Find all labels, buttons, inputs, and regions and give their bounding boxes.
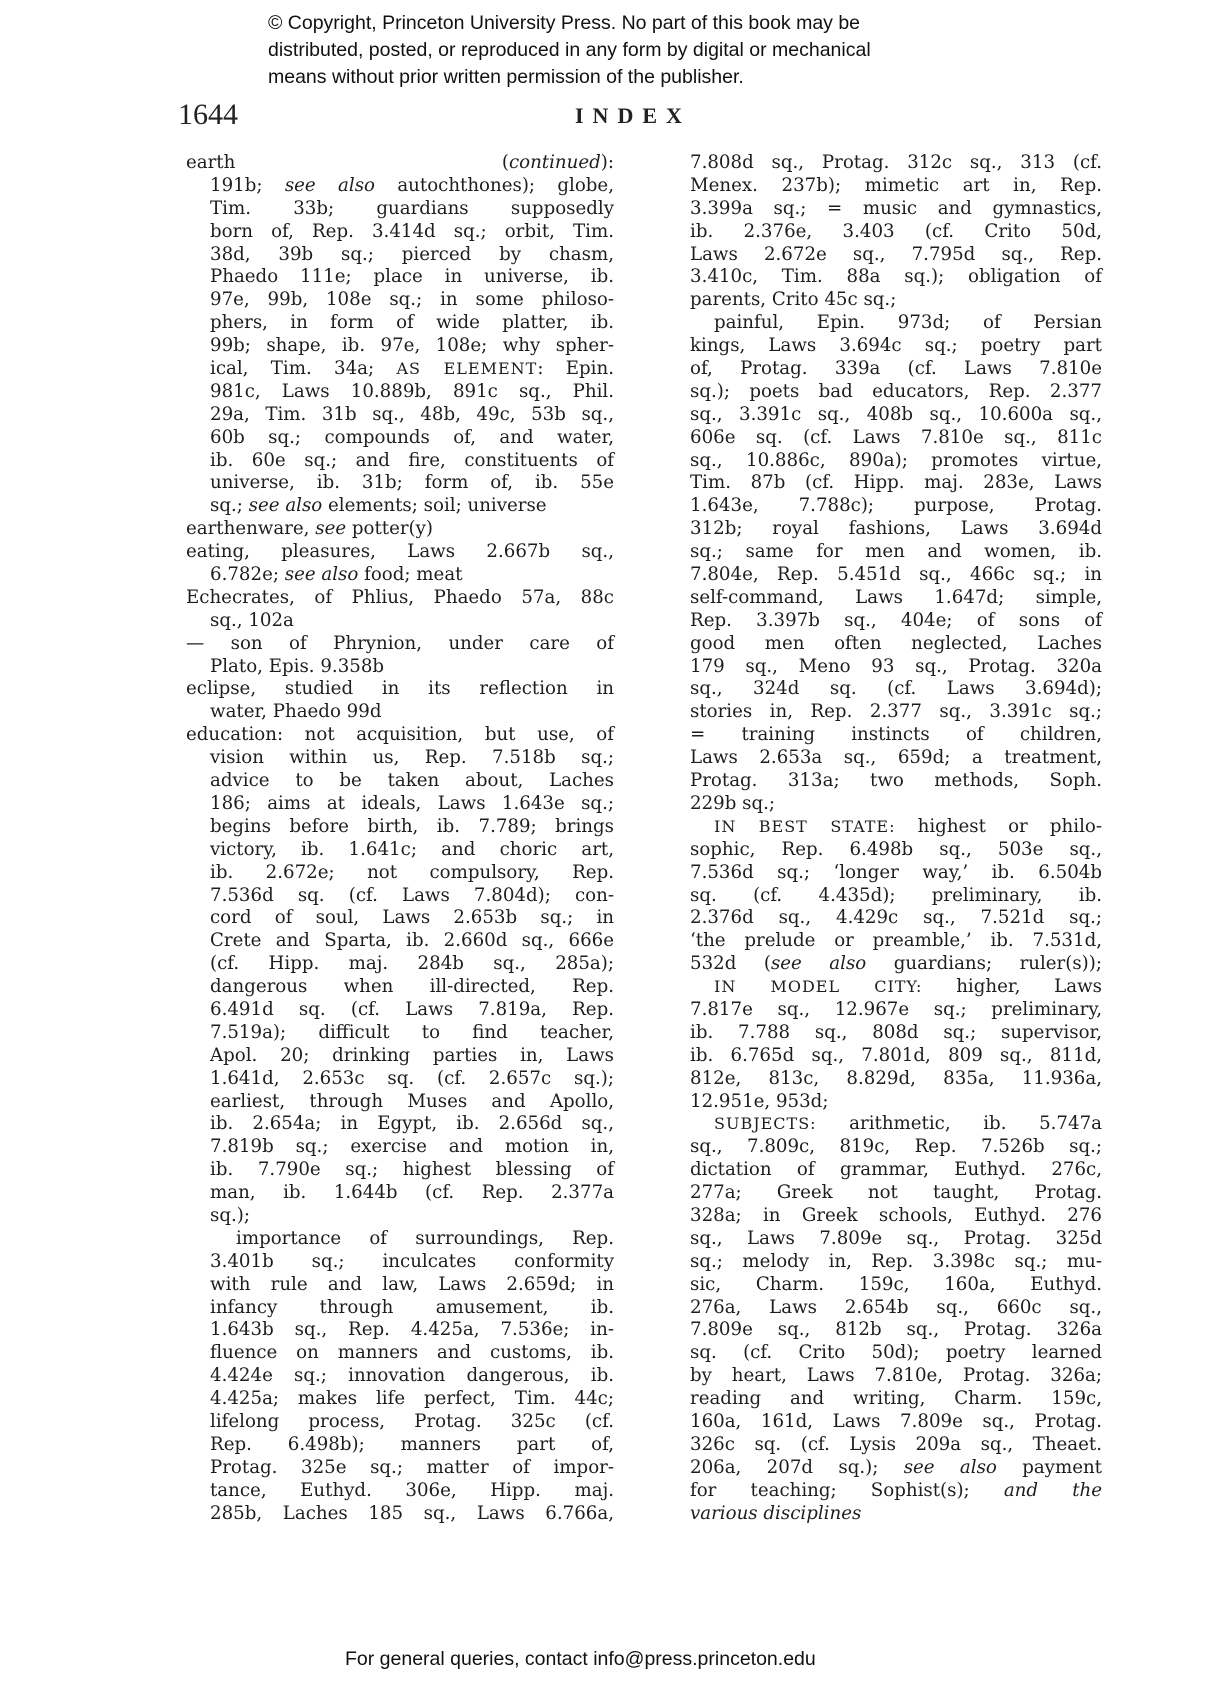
index-line: ib. 2.672e; not compulsory, Rep. bbox=[186, 862, 614, 885]
index-line: 3.410c, Tim. 88a sq.); obligation of bbox=[690, 266, 1102, 289]
index-line: 186; aims at ideals, Laws 1.643e sq.; bbox=[186, 793, 614, 816]
index-line: ib. 2.654a; in Egypt, ib. 2.656d sq., bbox=[186, 1113, 614, 1136]
index-line: 7.804e, Rep. 5.451d sq., 466c sq.; in bbox=[690, 564, 1102, 587]
index-line: sq.; see also elements; soil; universe bbox=[186, 495, 614, 518]
index-line: dictation of grammar, Euthyd. 276c, bbox=[690, 1159, 1102, 1182]
index-line: sic, Charm. 159c, 160a, Euthyd. bbox=[690, 1274, 1102, 1297]
index-line: Menex. 237b); mimetic art in, Rep. bbox=[690, 175, 1102, 198]
index-line: 3.401b sq.; inculcates conformity bbox=[186, 1251, 614, 1274]
index-line: tance, Euthyd. 306e, Hipp. maj. bbox=[186, 1480, 614, 1503]
index-line: 7.809e sq., 812b sq., Protag. 326a bbox=[690, 1319, 1102, 1342]
index-line: sq., 324d sq. (cf. Laws 3.694d); bbox=[690, 678, 1102, 701]
index-line: Tim. 87b (cf. Hipp. maj. 283e, Laws bbox=[690, 472, 1102, 495]
index-line: education: not acquisition, but use, of bbox=[186, 724, 614, 747]
index-line: Laws 2.653a sq., 659d; a treatment, bbox=[690, 747, 1102, 770]
index-line: 4.424e sq.; innovation dangerous, ib. bbox=[186, 1365, 614, 1388]
index-line: = training instincts of children, bbox=[690, 724, 1102, 747]
index-line: lifelong process, Protag. 325c (cf. bbox=[186, 1411, 614, 1434]
index-line: 12.951e, 953d; bbox=[690, 1091, 1102, 1114]
index-line: earliest, through Muses and Apollo, bbox=[186, 1091, 614, 1114]
index-line: 312b; royal fashions, Laws 3.694d bbox=[690, 518, 1102, 541]
index-line: universe, ib. 31b; form of, ib. 55e bbox=[186, 472, 614, 495]
index-line: 328a; in Greek schools, Euthyd. 276 bbox=[690, 1205, 1102, 1228]
index-line: by heart, Laws 7.810e, Protag. 326a; bbox=[690, 1365, 1102, 1388]
copyright-line: means without prior written permission o… bbox=[268, 64, 988, 91]
index-line: 206a, 207d sq.); see also payment bbox=[690, 1457, 1102, 1480]
index-line: — son of Phrynion, under care of bbox=[186, 633, 614, 656]
index-line: eclipse, studied in its reflection in bbox=[186, 678, 614, 701]
index-line: 179 sq., Meno 93 sq., Protag. 320a bbox=[690, 656, 1102, 679]
index-line: 97e, 99b, 108e sq.; in some philoso- bbox=[186, 289, 614, 312]
index-line: sq. (cf. 4.435d); preliminary, ib. bbox=[690, 885, 1102, 908]
index-line: 277a; Greek not taught, Protag. bbox=[690, 1182, 1102, 1205]
index-line: IN BEST STATE: highest or philo- bbox=[690, 816, 1102, 839]
index-line: 326c sq. (cf. Lysis 209a sq., Theaet. bbox=[690, 1434, 1102, 1457]
index-line: 7.536d sq.; ‘longer way,’ ib. 6.504b bbox=[690, 862, 1102, 885]
index-line: ib. 2.376e, 3.403 (cf. Crito 50d, bbox=[690, 221, 1102, 244]
index-line: self-command, Laws 1.647d; simple, bbox=[690, 587, 1102, 610]
index-line: man, ib. 1.644b (cf. Rep. 2.377a bbox=[186, 1182, 614, 1205]
index-line: 6.782e; see also food; meat bbox=[186, 564, 614, 587]
index-line: painful, Epin. 973d; of Persian bbox=[690, 312, 1102, 335]
index-line: 6.491d sq. (cf. Laws 7.819a, Rep. bbox=[186, 999, 614, 1022]
index-line: 7.519a); difficult to find teacher, bbox=[186, 1022, 614, 1045]
index-line: sq.; melody in, Rep. 3.398c sq.; mu- bbox=[690, 1251, 1102, 1274]
index-line: Laws 2.672e sq., 7.795d sq., Rep. bbox=[690, 244, 1102, 267]
index-line: kings, Laws 3.694c sq.; poetry part bbox=[690, 335, 1102, 358]
index-line: water, Phaedo 99d bbox=[186, 701, 614, 724]
footer-contact: For general queries, contact info@press.… bbox=[345, 1648, 816, 1671]
index-line: stories in, Rep. 2.377 sq., 3.391c sq.; bbox=[690, 701, 1102, 724]
index-line: 606e sq. (cf. Laws 7.810e sq., 811c bbox=[690, 427, 1102, 450]
index-line: parents, Crito 45c sq.; bbox=[690, 289, 1102, 312]
index-line: Apol. 20; drinking parties in, Laws bbox=[186, 1045, 614, 1068]
index-line: earthenware, see potter(y) bbox=[186, 518, 614, 541]
index-line: ib. 7.790e sq.; highest blessing of bbox=[186, 1159, 614, 1182]
index-line: Rep. 3.397b sq., 404e; of sons of bbox=[690, 610, 1102, 633]
index-line: 7.536d sq. (cf. Laws 7.804d); con- bbox=[186, 885, 614, 908]
page-number: 1644 bbox=[178, 98, 238, 132]
index-line: 7.819b sq.; exercise and motion in, bbox=[186, 1136, 614, 1159]
index-line: 191b; see also autochthones); globe, bbox=[186, 175, 614, 198]
index-line: sq.; same for men and women, ib. bbox=[690, 541, 1102, 564]
index-line: 981c, Laws 10.889b, 891c sq., Phil. bbox=[186, 381, 614, 404]
index-line: sq. (cf. Crito 50d); poetry learned bbox=[690, 1342, 1102, 1365]
index-line: vision within us, Rep. 7.518b sq.; bbox=[186, 747, 614, 770]
index-line: sophic, Rep. 6.498b sq., 503e sq., bbox=[690, 839, 1102, 862]
index-line: 7.808d sq., Protag. 312c sq., 313 (cf. bbox=[690, 152, 1102, 175]
index-line: eating, pleasures, Laws 2.667b sq., bbox=[186, 541, 614, 564]
index-line: for teaching; Sophist(s); and the bbox=[690, 1480, 1102, 1503]
index-column-right: 7.808d sq., Protag. 312c sq., 313 (cf.Me… bbox=[690, 152, 1102, 1525]
copyright-notice: © Copyright, Princeton University Press.… bbox=[268, 10, 988, 91]
subheading-smallcaps: IN MODEL CITY: bbox=[714, 977, 922, 996]
index-line: with rule and law, Laws 2.659d; in bbox=[186, 1274, 614, 1297]
index-line: reading and writing, Charm. 159c, bbox=[690, 1388, 1102, 1411]
index-line: of, Protag. 339a (cf. Laws 7.810e bbox=[690, 358, 1102, 381]
index-line: Rep. 6.498b); manners part of, bbox=[186, 1434, 614, 1457]
index-line: sq., 102a bbox=[186, 610, 614, 633]
index-line: ib. 60e sq.; and fire, constituents of bbox=[186, 450, 614, 473]
index-line: advice to be taken about, Laches bbox=[186, 770, 614, 793]
index-line: importance of surroundings, Rep. bbox=[186, 1228, 614, 1251]
index-line: Tim. 33b; guardians supposedly bbox=[186, 198, 614, 221]
index-line: Protag. 325e sq.; matter of impor- bbox=[186, 1457, 614, 1480]
index-line: 60b sq.; compounds of, and water, bbox=[186, 427, 614, 450]
index-line: Phaedo 111e; place in universe, ib. bbox=[186, 266, 614, 289]
index-line: 160a, 161d, Laws 7.809e sq., Protag. bbox=[690, 1411, 1102, 1434]
index-line: 1.643b sq., Rep. 4.425a, 7.536e; in- bbox=[186, 1319, 614, 1342]
index-line: born of, Rep. 3.414d sq.; orbit, Tim. bbox=[186, 221, 614, 244]
index-line: ical, Tim. 34a; AS ELEMENT: Epin. bbox=[186, 358, 614, 381]
index-line: 1.643e, 7.788c); purpose, Protag. bbox=[690, 495, 1102, 518]
index-line: 1.641d, 2.653c sq. (cf. 2.657c sq.); bbox=[186, 1068, 614, 1091]
index-line: cord of soul, Laws 2.653b sq.; in bbox=[186, 907, 614, 930]
index-line: sq., Laws 7.809e sq., Protag. 325d bbox=[690, 1228, 1102, 1251]
index-line: 29a, Tim. 31b sq., 48b, 49c, 53b sq., bbox=[186, 404, 614, 427]
index-line: dangerous when ill-directed, Rep. bbox=[186, 976, 614, 999]
index-line: 3.399a sq.; = music and gymnastics, bbox=[690, 198, 1102, 221]
index-line: 532d (see also guardians; ruler(s)); bbox=[690, 953, 1102, 976]
index-line: infancy through amusement, ib. bbox=[186, 1297, 614, 1320]
index-line: sq., 10.886c, 890a); promotes virtue, bbox=[690, 450, 1102, 473]
index-line: ib. 6.765d sq., 7.801d, 809 sq., 811d, bbox=[690, 1045, 1102, 1068]
index-line: 38d, 39b sq.; pierced by chasm, bbox=[186, 244, 614, 267]
copyright-line: distributed, posted, or reproduced in an… bbox=[268, 37, 988, 64]
index-line: victory, ib. 1.641c; and choric art, bbox=[186, 839, 614, 862]
index-line: Crete and Sparta, ib. 2.660d sq., 666e bbox=[186, 930, 614, 953]
index-line: 7.817e sq., 12.967e sq.; preliminary, bbox=[690, 999, 1102, 1022]
index-line: sq., 3.391c sq., 408b sq., 10.600a sq., bbox=[690, 404, 1102, 427]
running-head: INDEX bbox=[575, 103, 691, 129]
index-line: 2.376d sq., 4.429c sq., 7.521d sq.; bbox=[690, 907, 1102, 930]
index-line: (cf. Hipp. maj. 284b sq., 285a); bbox=[186, 953, 614, 976]
index-line: 4.425a; makes life perfect, Tim. 44c; bbox=[186, 1388, 614, 1411]
index-column-left: earth (continued):191b; see also autocht… bbox=[186, 152, 614, 1525]
index-line: ‘the prelude or preamble,’ ib. 7.531d, bbox=[690, 930, 1102, 953]
index-line: Protag. 313a; two methods, Soph. bbox=[690, 770, 1102, 793]
index-line: sq.); poets bad educators, Rep. 2.377 bbox=[690, 381, 1102, 404]
index-line: sq.); bbox=[186, 1205, 614, 1228]
index-line: earth (continued): bbox=[186, 152, 614, 175]
index-line: 285b, Laches 185 sq., Laws 6.766a, bbox=[186, 1503, 614, 1526]
index-line: 229b sq.; bbox=[690, 793, 1102, 816]
subheading-smallcaps: SUBJECTS: bbox=[714, 1114, 817, 1133]
index-line: fluence on manners and customs, ib. bbox=[186, 1342, 614, 1365]
index-line: IN MODEL CITY: higher, Laws bbox=[690, 976, 1102, 999]
index-line: Echecrates, of Phlius, Phaedo 57a, 88c bbox=[186, 587, 614, 610]
index-line: phers, in form of wide platter, ib. bbox=[186, 312, 614, 335]
index-line: SUBJECTS: arithmetic, ib. 5.747a bbox=[690, 1113, 1102, 1136]
index-line: 99b; shape, ib. 97e, 108e; why spher- bbox=[186, 335, 614, 358]
index-line: ib. 7.788 sq., 808d sq.; supervisor, bbox=[690, 1022, 1102, 1045]
index-line: 812e, 813c, 8.829d, 835a, 11.936a, bbox=[690, 1068, 1102, 1091]
index-line: good men often neglected, Laches bbox=[690, 633, 1102, 656]
index-line: Plato, Epis. 9.358b bbox=[186, 656, 614, 679]
index-line: 276a, Laws 2.654b sq., 660c sq., bbox=[690, 1297, 1102, 1320]
copyright-line: © Copyright, Princeton University Press.… bbox=[268, 10, 988, 37]
subheading-smallcaps: IN BEST STATE: bbox=[714, 817, 896, 836]
index-line: various disciplines bbox=[690, 1503, 1102, 1526]
index-line: sq., 7.809c, 819c, Rep. 7.526b sq.; bbox=[690, 1136, 1102, 1159]
index-line: begins before birth, ib. 7.789; brings bbox=[186, 816, 614, 839]
